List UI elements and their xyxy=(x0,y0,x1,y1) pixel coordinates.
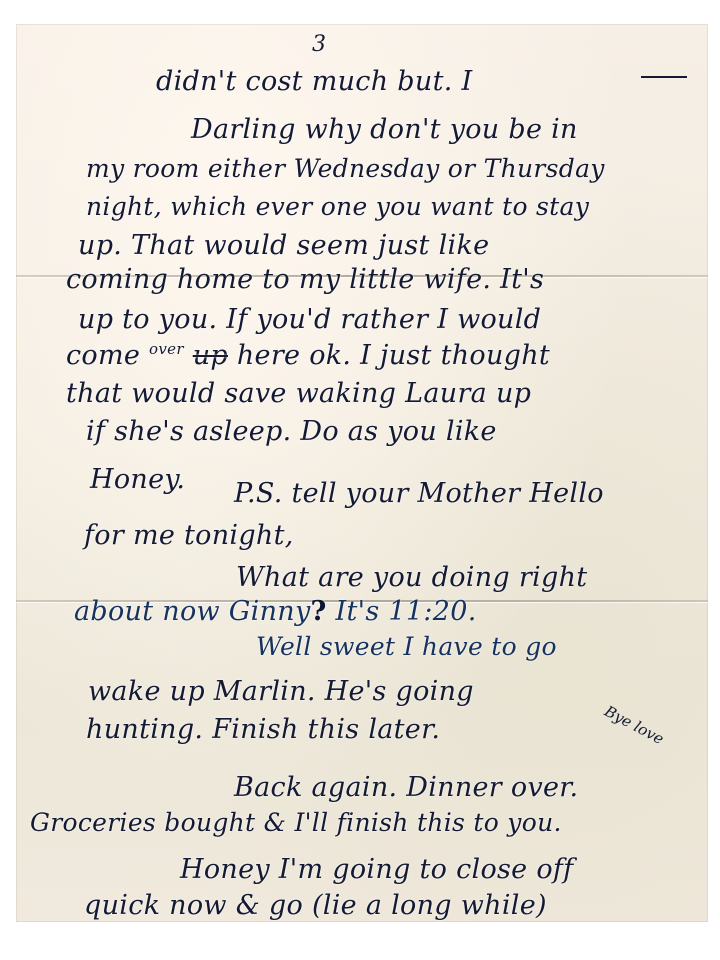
letter-line-18: hunting. Finish this later. xyxy=(86,714,440,745)
line-15-text: about now Ginny xyxy=(74,596,311,627)
letter-line-7: up to you. If you'd rather I would xyxy=(78,304,541,335)
struck-word: up xyxy=(193,340,228,371)
letter-page: 3 didn't cost much but. I Darling why do… xyxy=(16,24,708,922)
page-number: 3 xyxy=(312,32,326,57)
margin-annotation: Bye love xyxy=(602,702,667,748)
word-come: come xyxy=(66,340,149,371)
question-mark: ? xyxy=(311,596,327,627)
letter-line-14: What are you doing right xyxy=(236,562,587,593)
letter-line-4: night, which ever one you want to stay xyxy=(86,192,589,221)
dash-mark xyxy=(641,76,687,78)
letter-line-17: wake up Marlin. He's going xyxy=(88,676,474,707)
line-8-rest: here ok. I just thought xyxy=(228,340,550,371)
letter-line-19: Back again. Dinner over. xyxy=(234,772,578,803)
letter-line-6: coming home to my little wife. It's xyxy=(66,264,544,295)
letter-line-16: Well sweet I have to go xyxy=(256,632,557,661)
inserted-word: over xyxy=(149,340,184,358)
letter-line-22: quick now & go (lie a long while) xyxy=(84,890,547,921)
letter-line-9: that would save waking Laura up xyxy=(66,378,531,409)
letter-line-15: about now Ginny? It's 11:20. xyxy=(74,596,477,627)
letter-line-1: didn't cost much but. I xyxy=(156,66,472,97)
letter-line-20: Groceries bought & I'll finish this to y… xyxy=(30,808,562,837)
letter-line-8: come over up here ok. I just thought xyxy=(66,340,550,371)
line-15-time: It's 11:20. xyxy=(336,596,477,627)
letter-line-5: up. That would seem just like xyxy=(78,230,489,261)
letter-line-3: my room either Wednesday or Thursday xyxy=(86,154,605,183)
letter-line-11: Honey. xyxy=(90,464,185,495)
letter-line-10: if she's asleep. Do as you like xyxy=(86,416,497,447)
letter-line-2: Darling why don't you be in xyxy=(191,114,578,145)
letter-line-21: Honey I'm going to close off xyxy=(180,854,573,885)
letter-line-13: for me tonight, xyxy=(84,520,294,551)
letter-line-12: P.S. tell your Mother Hello xyxy=(234,478,604,509)
